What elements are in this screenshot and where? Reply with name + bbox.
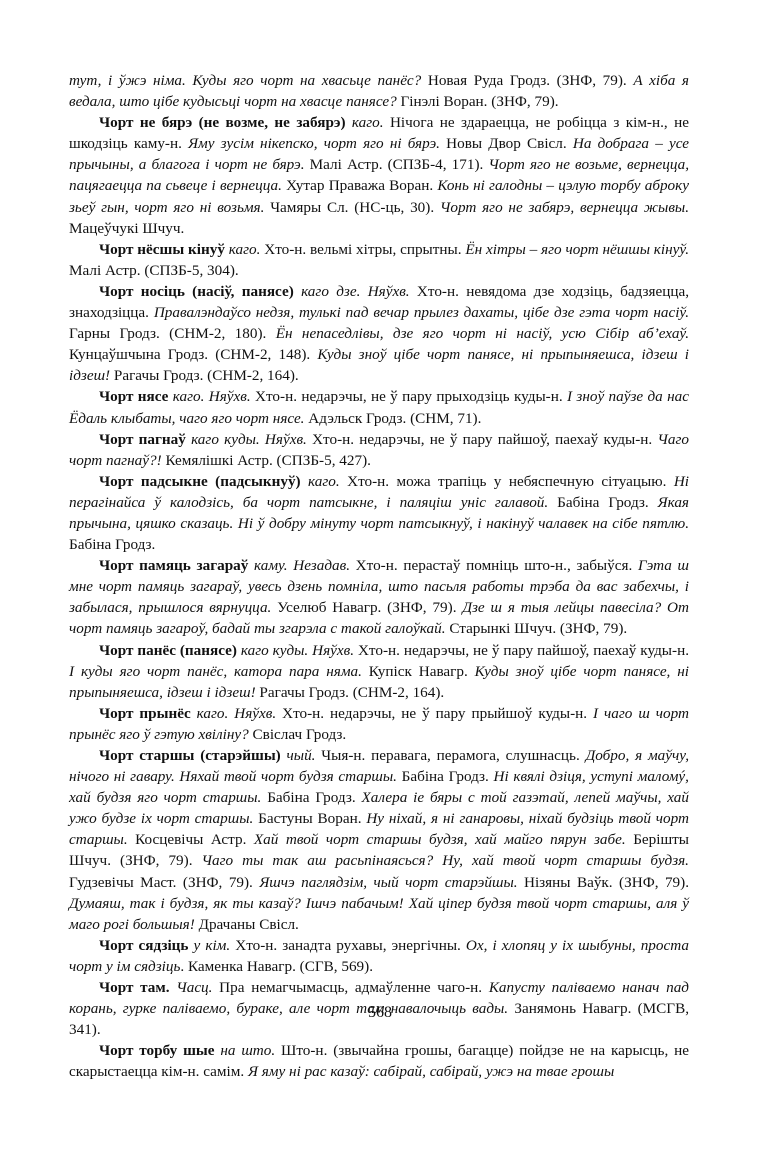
plain-text: Бабіна Гродз. [69,536,155,553]
plain-text: Кемялішкі Астр. (СПЗБ-5, 427). [162,452,371,469]
italic-text: каго. Няўхв. [191,705,276,722]
italic-text: Ён непаседлівы, дзе яго чорт ні насіў, у… [276,325,689,342]
dictionary-entry: Чорт панёс (панясе) каго куды. Няўхв. Хт… [69,640,689,703]
plain-text: Новы Двор Свісл. [440,135,573,152]
italic-text: І куды яго чорт панёс, катора пара няма. [69,663,362,680]
headword: Чорт панёс (панясе) [99,642,237,659]
dictionary-entry: Чорт нясе каго. Няўхв. Хто-н. недарэчы, … [69,386,689,428]
plain-text: Косцевічы Астр. [128,831,254,848]
plain-text: Купіск Навагр. [362,663,475,680]
dictionary-entry: Чорт прынёс каго. Няўхв. Хто-н. недарэчы… [69,703,689,745]
plain-text: Гудзевічы Маст. (ЗНФ, 79). [69,874,259,891]
italic-text: Яшчэ паглядзім, чый чорт старэйшы. [259,874,517,891]
italic-text: каго. [301,473,340,490]
italic-text: каго куды. Няўхв. [186,431,307,448]
headword: Чорт носіць (насіў, панясе) [99,283,294,300]
dictionary-entry: Чорт сядзіць у кім. Хто-н. занадта рухав… [69,935,689,977]
headword: Чорт пагнаў [99,431,186,448]
italic-text: каго куды. Няўхв. [237,642,354,659]
italic-text: Правалэндаўсо недзя, тулькі пад вечар пр… [154,304,689,321]
plain-text: Хутар Праважа Воран. [282,177,437,194]
italic-text: у кім. [188,937,230,954]
plain-text: Новая Руда Гродз. (ЗНФ, 79). [421,72,633,89]
plain-text: Хто-н. недарэчы, не ў пару прыходзіць ку… [251,388,567,405]
headword: Чорт памяць загараў [99,557,248,574]
plain-text: Пра немагчымасць, адмаўленне чаго-н. [212,979,488,996]
dictionary-page-body: тут, і ўжэ німа. Куды яго чорт на хвасьц… [69,70,689,1083]
plain-text: Мацеўчукі Шчуч. [69,220,184,237]
italic-text: каму. Незадав. [248,557,350,574]
plain-text: Гарны Гродз. (СНМ-2, 180). [69,325,276,342]
plain-text: Уселюб Навагр. (ЗНФ, 79). [271,599,462,616]
headword: Чорт нёсшы кінуў [99,241,225,258]
italic-text: Думаяш, так і будзя, як ты казаў? Ішчэ п… [69,895,689,933]
headword: Чорт торбу шые [99,1042,215,1059]
italic-text: Я яму ні рас казаў: сабірай, сабірай, уж… [248,1063,614,1080]
dictionary-entry: Чорт памяць загараў каму. Незадав. Хто-н… [69,555,689,639]
plain-text: Хто-н. вельмі хітры, спрытны. [260,241,465,258]
plain-text: Хто-н. недарэчы, не ў пару пайшоў, паеха… [307,431,658,448]
plain-text: Бабіна Гродз. [548,494,657,511]
plain-text: Драчаны Свісл. [195,916,299,933]
dictionary-entry: Чорт пагнаў каго куды. Няўхв. Хто-н. нед… [69,429,689,471]
plain-text: Малі Астр. (СПЗБ-4, 171). [305,156,489,173]
plain-text: Чамяры Сл. (НС-ць, 30). [264,199,439,216]
plain-text: Нізяны Ваўк. (ЗНФ, 79). [518,874,689,891]
plain-text: Рагачы Гродз. (СНМ-2, 164). [110,367,299,384]
italic-text: каго. [346,114,384,131]
plain-text: Кунцаўшчына Гродз. (СНМ-2, 148). [69,346,317,363]
dictionary-entry: Чорт не бярэ (не возме, не забярэ) каго.… [69,112,689,239]
plain-text: Гінэлі Воран. (ЗНФ, 79). [397,93,559,110]
italic-text: каго дзе. Няўхв. [294,283,410,300]
entry-continuation: тут, і ўжэ німа. Куды яго чорт на хвасьц… [69,70,689,112]
plain-text: . Каменка Навагр. (СГВ, 569). [180,958,373,975]
headword: Чорт нясе [99,388,168,405]
dictionary-entry: Чорт торбу шые на што. Што-н. (звычайна … [69,1040,689,1082]
dictionary-entry: Чорт падсыкне (падсыкнуў) каго. Хто-н. м… [69,471,689,555]
italic-text: Чаго ты так аш расьпінаясься? Ну, хай тв… [202,852,689,869]
plain-text: Хто-н. недарэчы, не ў пару пайшоў, паеха… [354,642,689,659]
italic-text: чый. [281,747,316,764]
plain-text: Хто-н. перастаў помніць што-н., забыўся. [350,557,638,574]
italic-text: Чорт яго не забярэ, вернецца жывы. [440,199,689,216]
plain-text: Хто-н. можа трапіць у небяспечную сітуац… [340,473,674,490]
plain-text: Адэльск Гродз. (СНМ, 71). [304,410,481,427]
plain-text: Рагачы Гродз. (СНМ-2, 164). [256,684,445,701]
plain-text: Хто-н. недарэчы, не ў пару прыйшоў куды-… [276,705,593,722]
plain-text: Малі Астр. (СПЗБ-5, 304). [69,262,239,279]
headword: Чорт там. [99,979,170,996]
italic-text: тут, і ўжэ німа. Куды яго чорт на хвасьц… [69,72,421,89]
italic-text: Хай твой чорт старшы будзя, хай майго пя… [254,831,626,848]
plain-text: Старынкі Шчуч. (ЗНФ, 79). [446,620,628,637]
plain-text: Чыя-н. перавага, перамога, слушнасць. [315,747,585,764]
plain-text: Бастуны Воран. [253,810,366,827]
italic-text: на што. [215,1042,276,1059]
plain-text: Свіслач Гродз. [249,726,347,743]
headword: Чорт не бярэ (не возме, не забярэ) [99,114,346,131]
dictionary-entry: Чорт носіць (насіў, панясе) каго дзе. Ня… [69,281,689,386]
dictionary-entry: Чорт нёсшы кінуў каго. Хто-н. вельмі хіт… [69,239,689,281]
headword: Чорт сядзіць [99,937,188,954]
italic-text: Часц. [170,979,213,996]
italic-text: каго. [225,241,260,258]
headword: Чорт старшы (старэйшы) [99,747,281,764]
italic-text: каго. Няўхв. [168,388,250,405]
italic-text: Ён хітры – яго чорт нёшшы кінуў. [465,241,689,258]
plain-text: Бабіна Гродз. [261,789,361,806]
headword: Чорт прынёс [99,705,191,722]
headword: Чорт падсыкне (падсыкнуў) [99,473,301,490]
page-number: 568 [0,1004,760,1022]
plain-text: Бабіна Гродз. [397,768,494,785]
italic-text: Яму зусім нікепско, чорт яго ні бярэ. [188,135,440,152]
plain-text: Хто-н. занадта рухавы, энергічны. [230,937,466,954]
dictionary-entry: Чорт старшы (старэйшы) чый. Чыя-н. перав… [69,745,689,935]
